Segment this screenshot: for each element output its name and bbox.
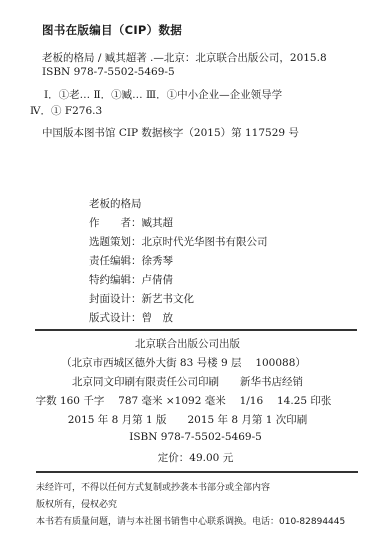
edition-line: 2015 年 8 月第 1 版 2015 年 8 月第 1 次印刷 xyxy=(0,412,375,427)
quality-notice: 本书若有质量问题，请与本社图书销售中心联系调换。电话：010-82894445 xyxy=(36,514,345,527)
cip-classification-line: Ⅰ．①老… Ⅱ．①臧… Ⅲ．①中小企业—企业领导学 xyxy=(44,87,282,102)
publisher-address: （北京市西城区德外大街 83 号楼 9 层 100088） xyxy=(0,355,371,370)
credit-value: 曾 放 xyxy=(142,312,174,324)
cip-bibliographic-line: 老板的格局 / 臧其超著 .—北京：北京联合出版公司，2015.8 xyxy=(42,50,327,65)
credit-label: 特约编辑： xyxy=(89,272,142,287)
credit-cover-design: 封面设计：新艺书文化 xyxy=(89,291,194,306)
credit-label: 封面设计： xyxy=(89,291,142,306)
cip-heading: 图书在版编目（CIP）数据 xyxy=(42,22,182,38)
credit-value: 臧其超 xyxy=(142,217,174,229)
credit-label: 版式设计： xyxy=(89,310,142,325)
credit-author: 作 者：臧其超 xyxy=(89,215,173,230)
isbn-line: ISBN 978-7-5502-5469-5 xyxy=(8,431,375,443)
separator-line xyxy=(35,329,357,331)
cip-record-number: 中国版本图书馆 CIP 数据核字（2015）第 117529 号 xyxy=(42,125,299,140)
cip-isbn: ISBN 978-7-5502-5469-5 xyxy=(42,66,175,78)
credit-planning: 选题策划：北京时代光华图书有限公司 xyxy=(89,234,268,249)
price-line: 定价：49.00 元 xyxy=(8,450,375,465)
credit-value: 徐秀琴 xyxy=(142,255,174,267)
specs-line: 字数 160 千字 787 毫米 ×1092 毫米 1/16 14.25 印张 xyxy=(0,393,371,408)
book-title: 老板的格局 xyxy=(89,196,142,211)
credit-layout-design: 版式设计：曾 放 xyxy=(89,310,173,325)
credit-value: 卢倩倩 xyxy=(142,274,174,286)
copyright-notice: 未经许可，不得以任何方式复制或抄袭本书部分或全部内容 xyxy=(36,480,270,493)
credit-label: 责任编辑： xyxy=(89,253,142,268)
credit-value: 北京时代光华图书有限公司 xyxy=(142,236,268,248)
rights-notice: 版权所有，侵权必究 xyxy=(36,497,117,510)
credit-special-editor: 特约编辑：卢倩倩 xyxy=(89,272,173,287)
credit-editor: 责任编辑：徐秀琴 xyxy=(89,253,173,268)
publisher-line: 北京联合出版公司出版 xyxy=(0,336,375,351)
printer-line: 北京同文印刷有限责任公司印刷 新华书店经销 xyxy=(0,374,375,389)
credit-label: 作 者： xyxy=(89,215,142,230)
credit-label: 选题策划： xyxy=(89,234,142,249)
credit-value: 新艺书文化 xyxy=(142,293,195,305)
cip-classification-number: Ⅳ．① F276.3 xyxy=(30,103,102,118)
separator-line xyxy=(36,471,358,473)
